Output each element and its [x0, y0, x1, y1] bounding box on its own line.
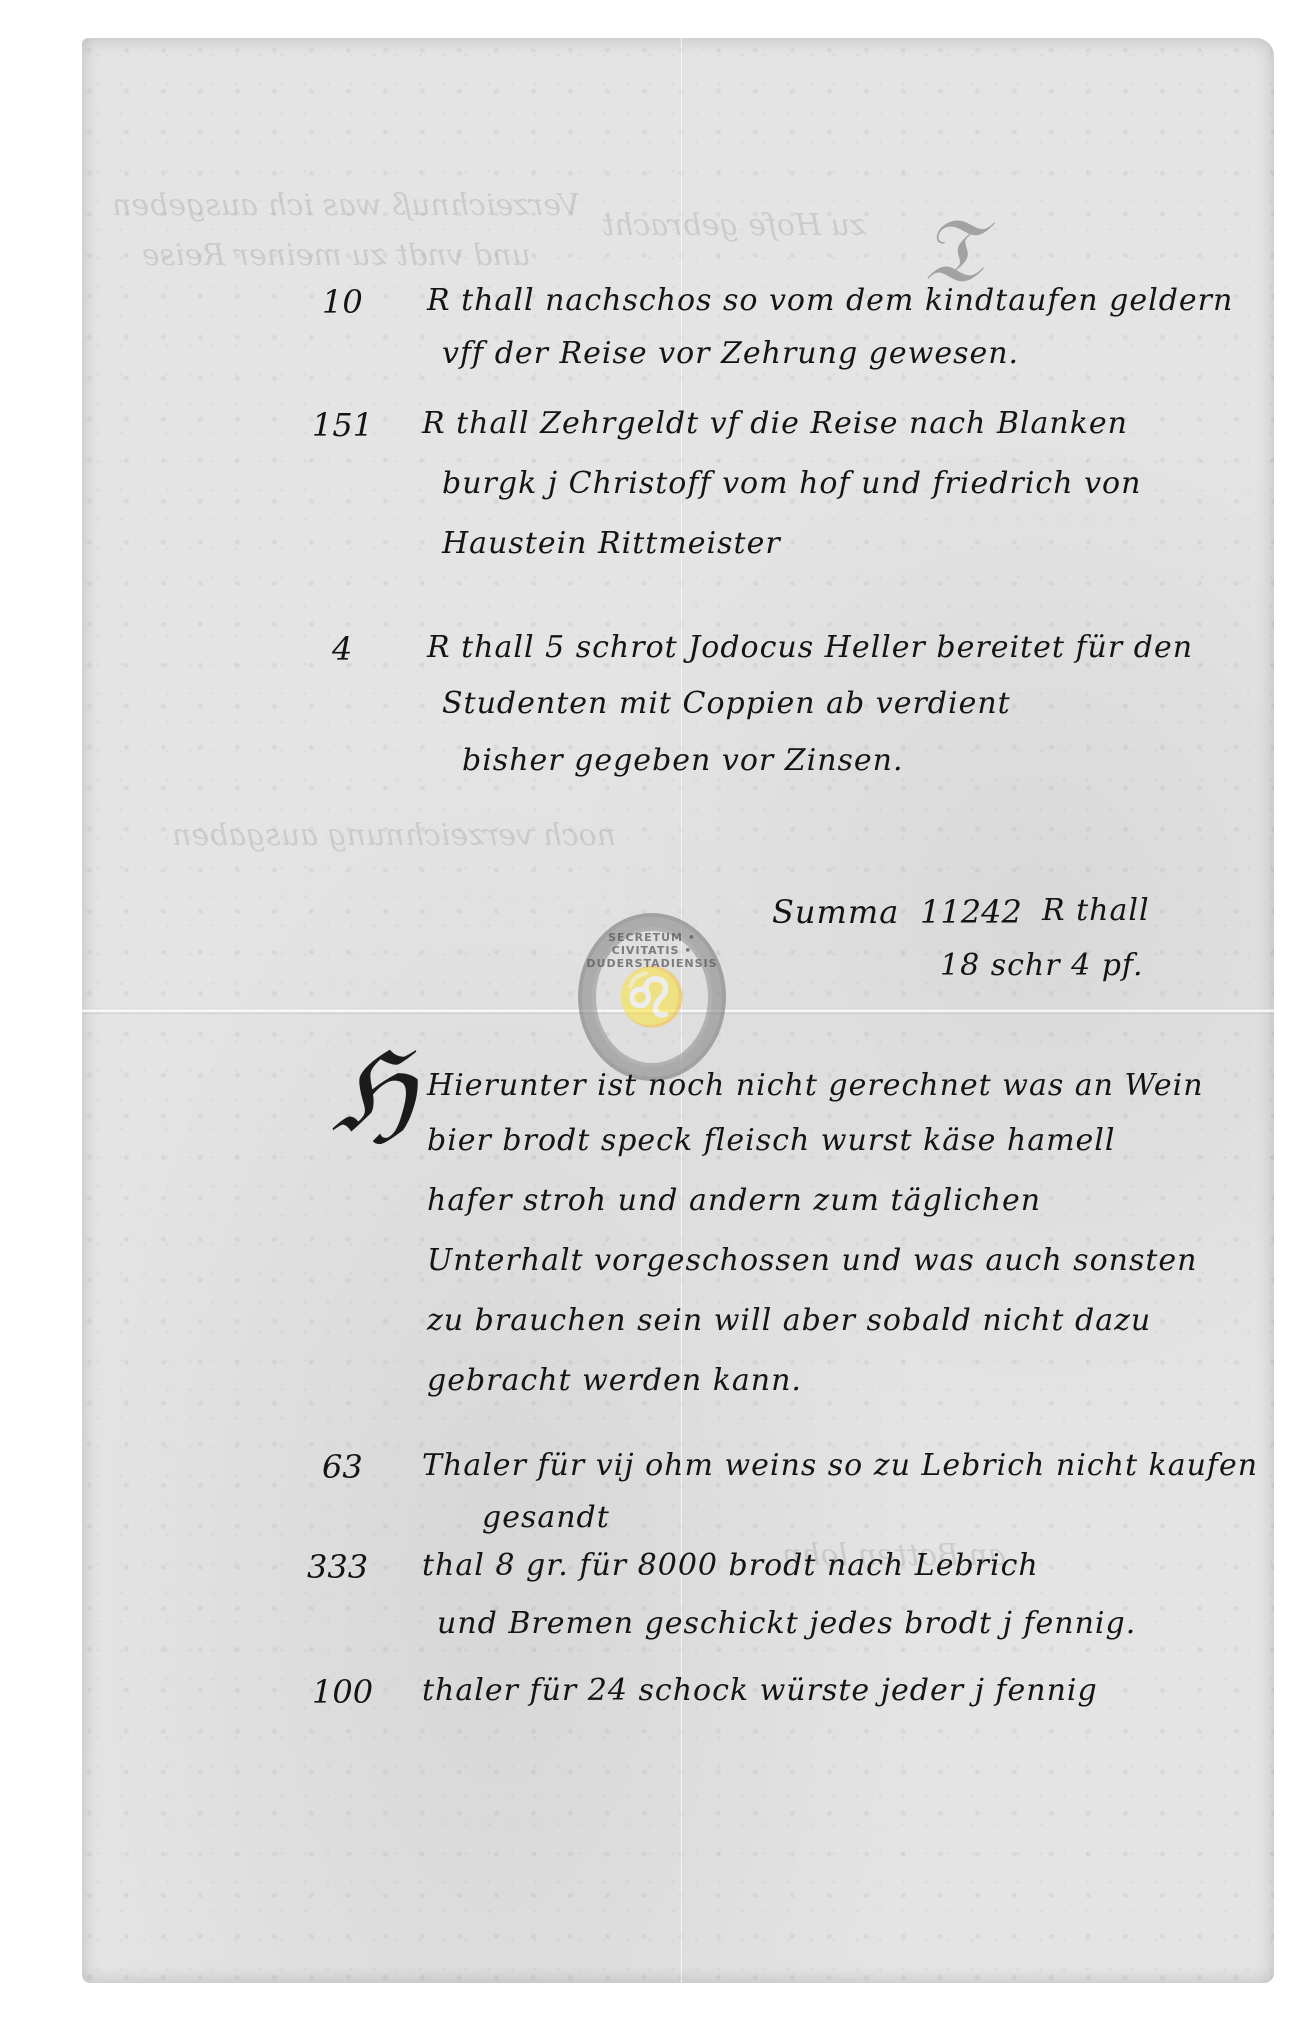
entry-line: Thaler für vij ohm weins so zu Lebrich n…	[422, 1448, 1258, 1483]
lion-icon: ♌	[617, 964, 687, 1030]
entry-line: gesandt	[482, 1500, 610, 1535]
paragraph-line: bier brodt speck fleisch wurst käse hame…	[427, 1123, 1115, 1158]
entry-line: Haustein Rittmeister	[442, 526, 781, 561]
paragraph-line: gebracht werden kann.	[427, 1363, 802, 1398]
entry-line: und Bremen geschickt jedes brodt j fenni…	[437, 1606, 1136, 1641]
entry-amount: 100	[312, 1673, 373, 1711]
initial-h-flourish: ℌ	[332, 1028, 415, 1156]
paragraph-line: Unterhalt vorgeschossen und was auch son…	[427, 1243, 1198, 1278]
entry-amount: 10	[322, 283, 363, 321]
entry-line: R thall nachschos so vom dem kindtaufen …	[427, 283, 1233, 318]
paragraph-line: zu brauchen sein will aber sobald nicht …	[427, 1303, 1151, 1338]
entry-amount: 4	[332, 630, 352, 668]
entry-line: thal 8 gr. für 8000 brodt nach Lebrich	[422, 1548, 1039, 1583]
paragraph-line: Hierunter ist noch nicht gerechnet was a…	[427, 1068, 1204, 1103]
bleed-through-line: und vndt zu meiner Reise	[142, 238, 531, 273]
total-value: 11242	[920, 893, 1022, 931]
entry-line: R thall 5 schrot Jodocus Heller bereitet…	[427, 630, 1193, 665]
entry-line: vff der Reise vor Zehrung gewesen.	[442, 336, 1019, 371]
entry-line: Studenten mit Coppien ab verdient	[442, 686, 1011, 721]
total-sub: 18 schr 4 pf.	[940, 948, 1144, 983]
entry-line: bisher gegeben vor Zinsen.	[462, 743, 904, 778]
bleed-through-line: noch verzeichnung ausgaben	[172, 818, 616, 853]
paragraph-line: hafer stroh und andern zum täglichen	[427, 1183, 1041, 1218]
entry-amount: 151	[312, 406, 373, 444]
entry-line: R thall Zehrgeldt vf die Reise nach Blan…	[422, 406, 1128, 441]
entry-amount: 333	[307, 1548, 368, 1586]
entry-line: thaler für 24 schock würste jeder j fenn…	[422, 1673, 1098, 1708]
total-label: Summa	[772, 893, 899, 931]
city-seal-stamp: SECRETUM • CIVITATIS • DUDERSTADIENSIS ♌	[578, 913, 726, 1081]
entry-amount: 63	[322, 1448, 363, 1486]
total-unit: R thall	[1042, 893, 1150, 928]
bleed-through-line: Verzeichnuß was ich ausgeben	[112, 188, 580, 223]
manuscript-sheet: Verzeichnuß was ich ausgeben und vndt zu…	[82, 38, 1274, 1983]
bleed-through-line: zu Hofe gebracht	[602, 208, 866, 243]
entry-line: burgk j Christoff vom hof und friedrich …	[442, 466, 1141, 501]
seal-legend: SECRETUM • CIVITATIS • DUDERSTADIENSIS	[582, 931, 722, 970]
